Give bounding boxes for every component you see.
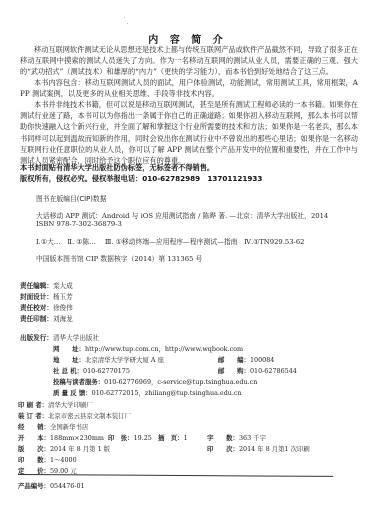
- words-row: 字 数：363 千字: [207, 433, 266, 442]
- format-value: 188mm×230mm: [50, 434, 104, 442]
- product-code-value: 054476-01: [50, 482, 85, 490]
- impression-row: 印 次：2014 年 8 月第1 次印刷: [207, 444, 310, 453]
- print-run-row: 印 数：1～4000: [18, 455, 77, 464]
- print-run-label: 印 数：: [18, 456, 50, 464]
- address-label: 地 址：: [53, 356, 85, 364]
- binder-value: 北京市密云县京文制本装订厂: [48, 412, 131, 420]
- words-value: 363 千字: [239, 434, 266, 442]
- staff-cover-design: 封面设计：杨玉芳: [20, 291, 73, 301]
- staff-value: 杨玉芳: [53, 293, 73, 301]
- address-value: 北京清华大学学研大厦 A 座: [85, 356, 164, 364]
- website-label: 网 址：: [53, 345, 85, 353]
- reader-service-label: 投稿与读者服务：: [53, 378, 104, 386]
- publisher-line: 出版发行：清华大学出版社: [20, 332, 99, 342]
- reader-service-value: 010-62776969，c-service@tup.tsinghua.edu.…: [104, 378, 257, 386]
- summary-paragraph-1: 移动互联网软件测试无论从思想还是技术上都与传统互联网产品或软件产品截然不同，导致…: [20, 44, 358, 78]
- publisher-name: 清华大学出版社: [53, 334, 99, 342]
- staff-value: 徐俊伟: [53, 304, 73, 312]
- sheets-label: 印 张：: [108, 434, 134, 442]
- postcode-value: 100084: [250, 356, 274, 364]
- sheets-row: 印 张：19.25: [108, 433, 152, 442]
- impression-value: 2014 年 8 月第1 次印刷: [239, 445, 310, 453]
- quality-value: 010-62772015，zhiliang@tup.tsinghua.edu.c…: [92, 389, 242, 397]
- inserts-value: 1: [184, 434, 188, 442]
- staff-editor: 责任编辑：栾大成: [20, 280, 73, 290]
- edition-value: 2014 年 8 月第 1 版: [50, 445, 110, 453]
- publisher-postcode-row: 邮 编：100084: [218, 355, 274, 364]
- publisher-mail-order-row: 邮 购：010-62786544: [218, 366, 297, 375]
- cip-isbn: ISBN 978-7-302-36879-3: [36, 220, 122, 228]
- inserts-label: 插 页：: [158, 434, 184, 442]
- switchboard-label: 社 总 机：: [53, 367, 83, 375]
- edition-row: 版 次：2014 年 8 月第 1 版: [18, 444, 110, 453]
- staff-value: 刘海龙: [53, 315, 73, 323]
- quality-feedback-row: 质 量 反 馈：010-62772015，zhiliang@tup.tsingh…: [53, 388, 242, 397]
- copyright-notice: 版权所有，侵权必究。侵权举报电话：010-62782989 1370112193…: [20, 174, 262, 184]
- cip-heading: 图书在版编目(CIP)数据: [36, 193, 107, 203]
- switchboard-value: 010-62770175: [83, 367, 130, 375]
- publisher-address-row: 地 址：北京清华大学学研大厦 A 座: [53, 355, 164, 364]
- sheets-value: 19.25: [134, 434, 152, 442]
- printer-value: 清华大学印刷厂: [48, 401, 93, 409]
- printer-row: 印 刷 者：清华大学印刷厂: [18, 400, 93, 409]
- cip-record-number: 中国版本图书馆 CIP 数据核字（2014）第 131365 号: [36, 253, 202, 263]
- binder-label: 装 订 者：: [18, 412, 48, 420]
- inserts-row: 插 页：1: [158, 433, 188, 442]
- format-label: 开 本：: [18, 434, 50, 442]
- staff-label: 责任编辑：: [20, 282, 53, 290]
- reader-service-row: 投稿与读者服务：010-62776969，c-service@tup.tsing…: [53, 377, 257, 386]
- staff-print-supervisor: 责任印制：刘海龙: [20, 313, 73, 323]
- distributor-label: 经 销：: [18, 423, 50, 431]
- staff-value: 栾大成: [53, 282, 73, 290]
- product-code-label: 产品编号：: [18, 482, 50, 490]
- anti-counterfeit-notice: 本书封面贴有清华大学出版社防伪标签，无标签者不得销售。: [20, 163, 214, 173]
- print-run-value: 1～4000: [50, 456, 77, 464]
- format-row: 开 本：188mm×230mm: [18, 433, 104, 442]
- distributor-row: 经 销：全国新华书店: [18, 422, 88, 431]
- distributor-value: 全国新华书店: [50, 423, 88, 431]
- mail-order-label: 邮 购：: [218, 367, 250, 375]
- cip-classification: Ⅰ.①大… Ⅱ. ①陈… Ⅲ. ①移动终端—应用程序—程序测试—指南 Ⅳ.①TN…: [36, 236, 304, 246]
- staff-label: 责任印制：: [20, 315, 53, 323]
- staff-proofreader: 责任校对：徐俊伟: [20, 302, 73, 312]
- website-value: http://www.tup.com.cn，http://www.wqbook.…: [85, 345, 243, 353]
- staff-label: 封面设计：: [20, 293, 53, 301]
- publisher-switchboard-row: 社 总 机：010-62770175: [53, 366, 130, 375]
- cip-title-line: 大话移动 APP 测试：Android 与 iOS 应用测试指南 / 陈晔 著.…: [36, 210, 328, 220]
- staff-label: 责任校对：: [20, 304, 53, 312]
- edition-label: 版 次：: [18, 445, 50, 453]
- publisher-label: 出版发行：: [20, 334, 53, 342]
- divider-rule: [18, 474, 333, 477]
- product-code-row: 产品编号：054476-01: [18, 481, 85, 490]
- impression-label: 印 次：: [207, 445, 239, 453]
- binder-row: 装 订 者：北京市密云县京文制本装订厂: [18, 411, 131, 420]
- summary-paragraph-2: 本书内容包含：移动互联网测试人员的面试，用户体验测试，功能测试，常用测试工具，常…: [20, 77, 358, 99]
- scan-speck: [127, 23, 128, 24]
- summary-paragraph-3: 本书并非纯技术书籍，但可以说是移动互联网测试，甚至是所有测试工程师必读的一本书籍…: [20, 99, 358, 166]
- scan-speck: [124, 17, 125, 18]
- quality-label: 质 量 反 馈：: [53, 389, 92, 397]
- postcode-label: 邮 编：: [218, 356, 250, 364]
- words-label: 字 数：: [207, 434, 239, 442]
- printer-label: 印 刷 者：: [18, 401, 48, 409]
- copyright-page: 内 容 简 介 移动互联网软件测试无论从思想还是技术上都与传统互联网产品或软件产…: [0, 0, 375, 509]
- publisher-website-row: 网 址：http://www.tup.com.cn，http://www.wqb…: [53, 344, 243, 353]
- mail-order-value: 010-62786544: [250, 367, 297, 375]
